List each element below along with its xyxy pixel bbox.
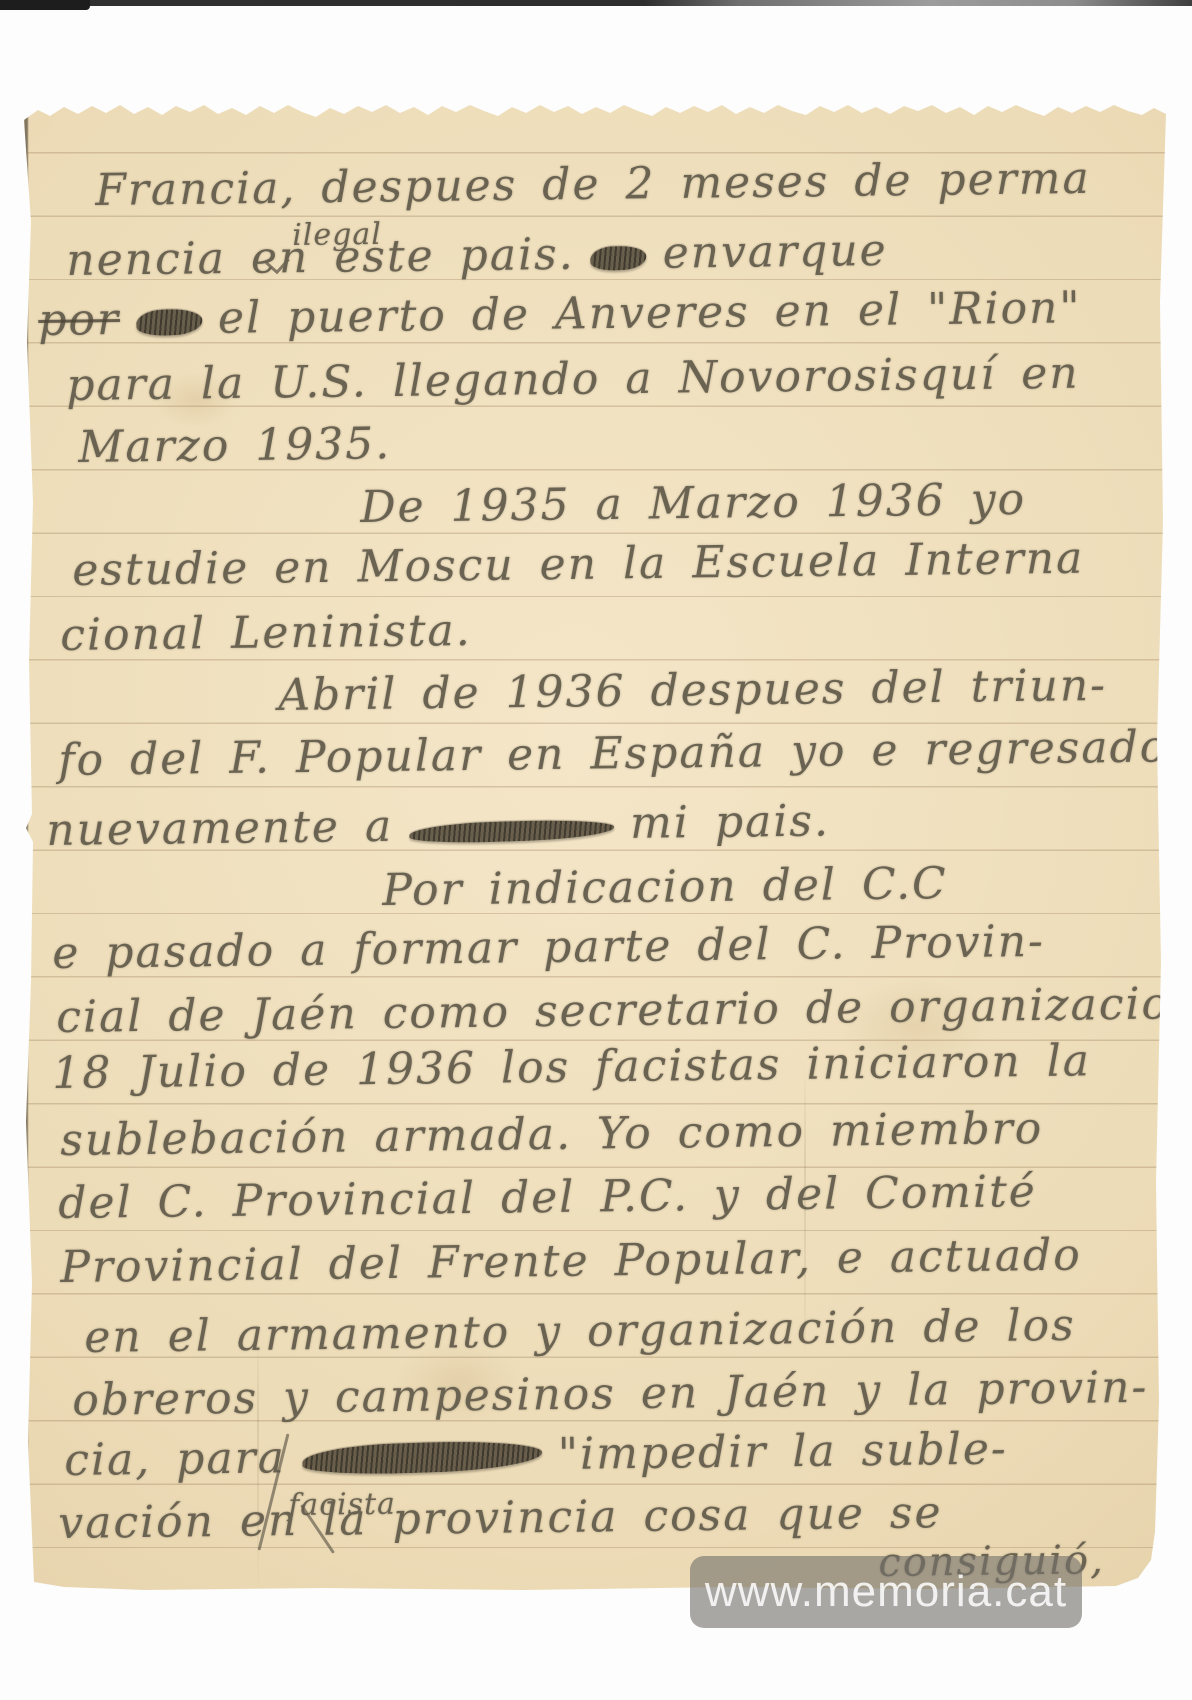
handwritten-line: nuevamente ami pais.	[46, 795, 830, 856]
line-text: nencia en este pais.	[66, 229, 575, 286]
line-text: nuevamente a	[46, 801, 393, 856]
handwritten-line: cional Leninista.	[60, 605, 472, 661]
handwritten-line: Marzo 1935.	[78, 418, 392, 473]
strikeout-scribble	[136, 308, 203, 336]
line-text: Marzo 1935.	[78, 418, 392, 473]
scanner-edge-bar	[0, 0, 1192, 6]
handwritten-line: De 1935 a Marzo 1936 yo	[360, 474, 1026, 533]
line-text: "impedir la suble-	[558, 1423, 1008, 1479]
strikeout-scribble	[409, 818, 615, 845]
line-text: Por indicacion del C.C	[382, 858, 948, 916]
line-text: vación en la provincia cosa que se	[58, 1487, 943, 1549]
line-text: cional Leninista.	[60, 605, 472, 661]
handwritten-line: vación en la provincia cosa que se	[58, 1487, 943, 1549]
line-text: De 1935 a Marzo 1936 yo	[360, 474, 1026, 533]
scanner-edge-corner	[0, 0, 90, 10]
handwritten-line: nencia en este pais.envarque	[66, 225, 888, 286]
line-text: cia, para	[64, 1432, 286, 1486]
watermark-badge: www.memoria.cat	[690, 1556, 1082, 1628]
line-text: mi pais.	[630, 795, 830, 848]
watermark-text: www.memoria.cat	[705, 1567, 1067, 1617]
line-text: el puerto de Anveres en el "Rion"	[218, 282, 1082, 344]
strikeout-scribble	[590, 245, 647, 271]
line-text-struck: por	[38, 294, 120, 346]
line-text: envarque	[662, 225, 888, 279]
manuscript-page: Francia, despues de 2 meses de perma ile…	[24, 102, 1166, 1592]
line-text: Abril de 1936 despues del triun-	[278, 660, 1107, 721]
handwritten-line: Abril de 1936 despues del triun-	[278, 660, 1107, 721]
handwritten-line: Por indicacion del C.C	[382, 858, 948, 916]
strikeout-scribble	[301, 1439, 542, 1477]
